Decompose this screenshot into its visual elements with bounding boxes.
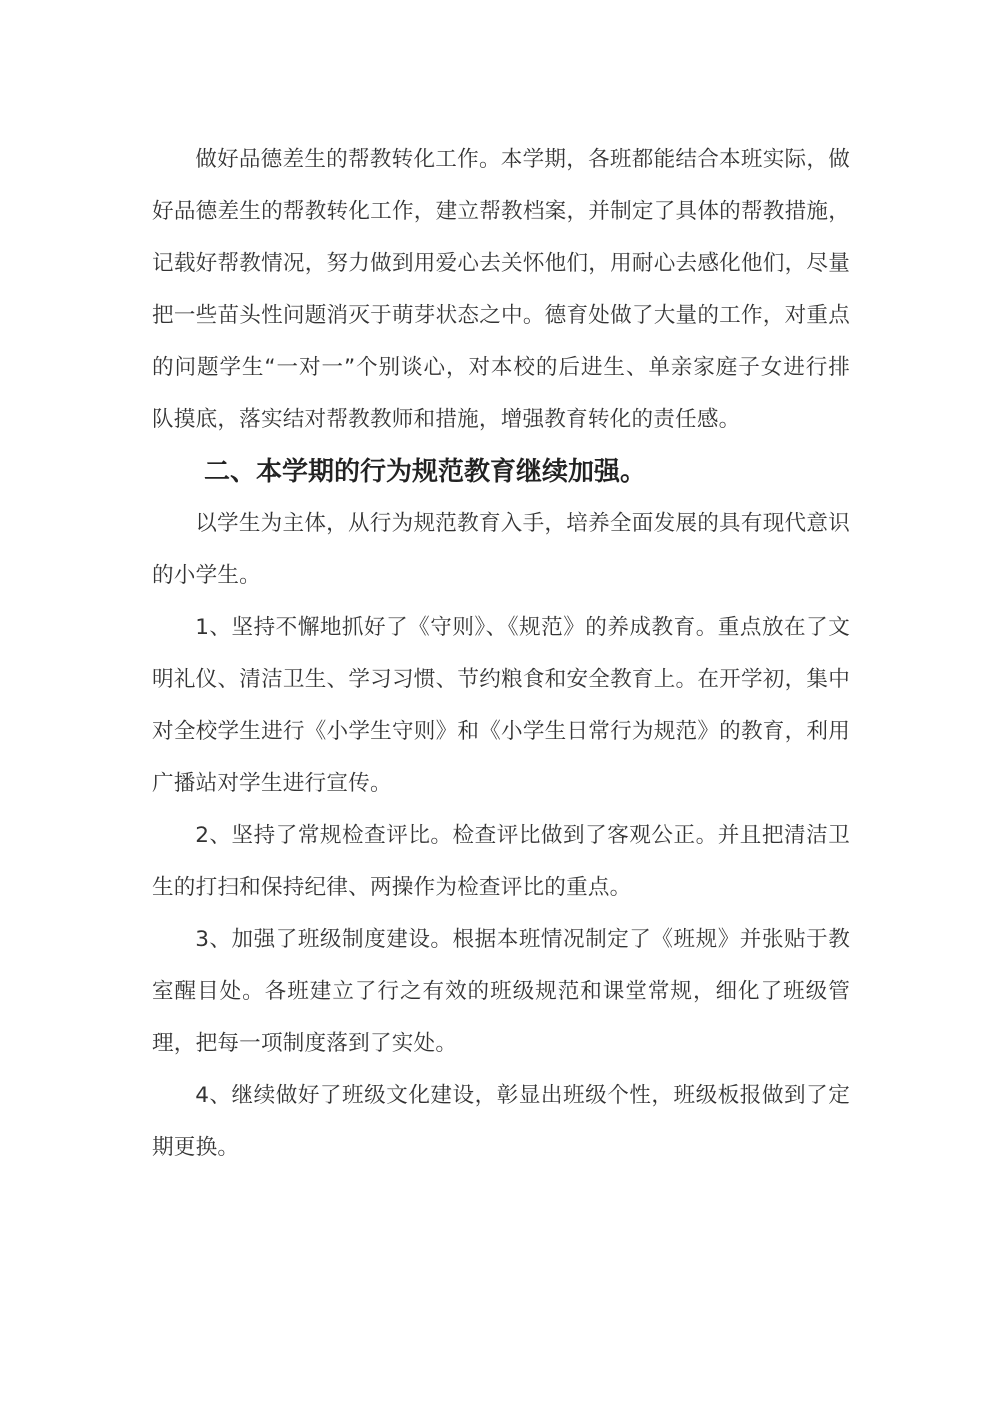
document-page: 做好品德差生的帮教转化工作。本学期，各班都能结合本班实际，做好品德差生的帮教转化… [152,134,850,1174]
list-item-1: 1、坚持不懈地抓好了《守则》、《规范》的养成教育。重点放在了文明礼仪、清洁卫生、… [152,602,850,810]
paragraph-remedial-education: 做好品德差生的帮教转化工作。本学期，各班都能结合本班实际，做好品德差生的帮教转化… [152,134,850,446]
paragraph-intro: 以学生为主体，从行为规范教育入手，培养全面发展的具有现代意识的小学生。 [152,498,850,602]
list-item-2: 2、坚持了常规检查评比。检查评比做到了客观公正。并且把清洁卫生的打扫和保持纪律、… [152,810,850,914]
section-heading: 二、本学期的行为规范教育继续加强。 [152,446,850,498]
list-item-4: 4、继续做好了班级文化建设，彰显出班级个性，班级板报做到了定期更换。 [152,1070,850,1174]
list-item-3: 3、加强了班级制度建设。根据本班情况制定了《班规》并张贴于教室醒目处。各班建立了… [152,914,850,1070]
